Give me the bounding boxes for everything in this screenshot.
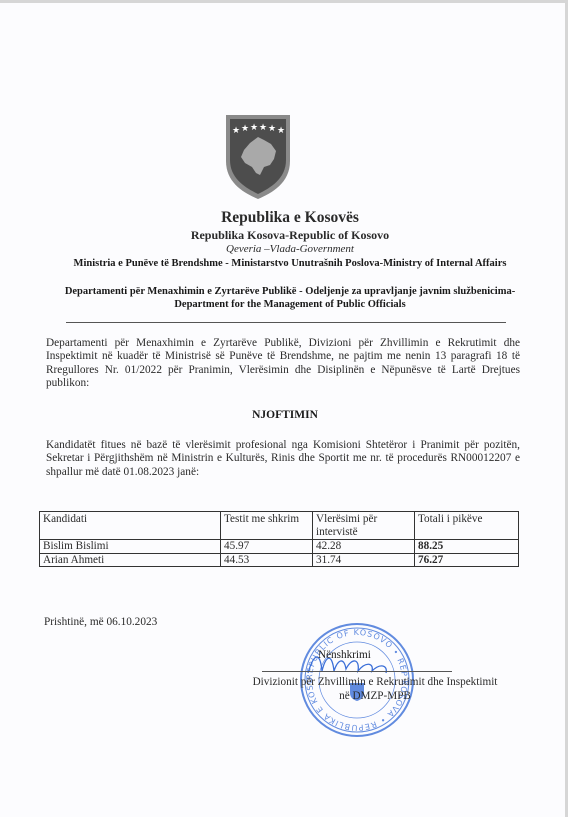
svg-text:★: ★: [241, 124, 249, 134]
svg-text:★: ★: [232, 126, 240, 136]
signature-label: Nënshkrimi: [318, 649, 371, 661]
notice-paragraph: Kandidatët fitues në bazë të vlerësimit …: [46, 439, 520, 479]
notice-title: NJOFTIMIN: [40, 409, 530, 421]
intro-paragraph: Departamenti për Menaxhimin e Zyrtarëve …: [46, 337, 520, 390]
header-candidate: Kandidati: [40, 512, 221, 540]
svg-text:★: ★: [250, 123, 258, 133]
interview-score: 31.74: [313, 553, 415, 567]
candidate-name: Arian Ahmeti: [40, 553, 221, 567]
written-score: 44.53: [221, 553, 313, 567]
document-page: ★★★ ★★★ Republika e Kosovës Republika Ko…: [0, 3, 565, 817]
candidate-name: Bislim Bislimi: [40, 540, 221, 554]
division-unit: në DMZP-MPB: [230, 689, 520, 703]
republic-title: Republika e Kosovës: [40, 209, 540, 227]
signatory-division: Divizionit për Zhvillimin e Rekrutimit d…: [230, 675, 520, 703]
total-score: 76.27: [415, 553, 519, 567]
republic-subtitle: Republika Kosova-Republic of Kosovo: [40, 228, 540, 243]
table-row: Bislim Bislimi 45.97 42.28 88.25: [40, 540, 519, 554]
header-interview: Vlerësimi për intervistë: [313, 512, 415, 540]
header-divider: [66, 322, 506, 323]
svg-text:★: ★: [268, 124, 276, 134]
department-name: Departamenti për Menaxhimin e Zyrtarëve …: [55, 285, 525, 311]
written-score: 45.97: [221, 540, 313, 554]
total-score: 88.25: [415, 540, 519, 554]
government-label: Qeveria –Vlada-Government: [40, 243, 540, 255]
table-row: Arian Ahmeti 44.53 31.74 76.27: [40, 553, 519, 567]
kosovo-coat-of-arms-icon: ★★★ ★★★: [224, 113, 292, 201]
division-name: Divizionit për Zhvillimin e Rekrutimit d…: [230, 675, 520, 689]
ministry-name: Ministria e Punëve të Brendshme - Minist…: [55, 257, 525, 270]
svg-text:★: ★: [259, 123, 267, 133]
interview-score: 42.28: [313, 540, 415, 554]
results-table: Kandidati Testit me shkrim Vlerësimi për…: [39, 511, 519, 567]
svg-text:★: ★: [277, 126, 285, 136]
place-date: Prishtinë, më 06.10.2023: [44, 616, 157, 628]
header-written-test: Testit me shkrim: [221, 512, 313, 540]
table-header-row: Kandidati Testit me shkrim Vlerësimi për…: [40, 512, 519, 540]
signature-line: [262, 671, 452, 672]
header-total: Totali i pikëve: [415, 512, 519, 540]
